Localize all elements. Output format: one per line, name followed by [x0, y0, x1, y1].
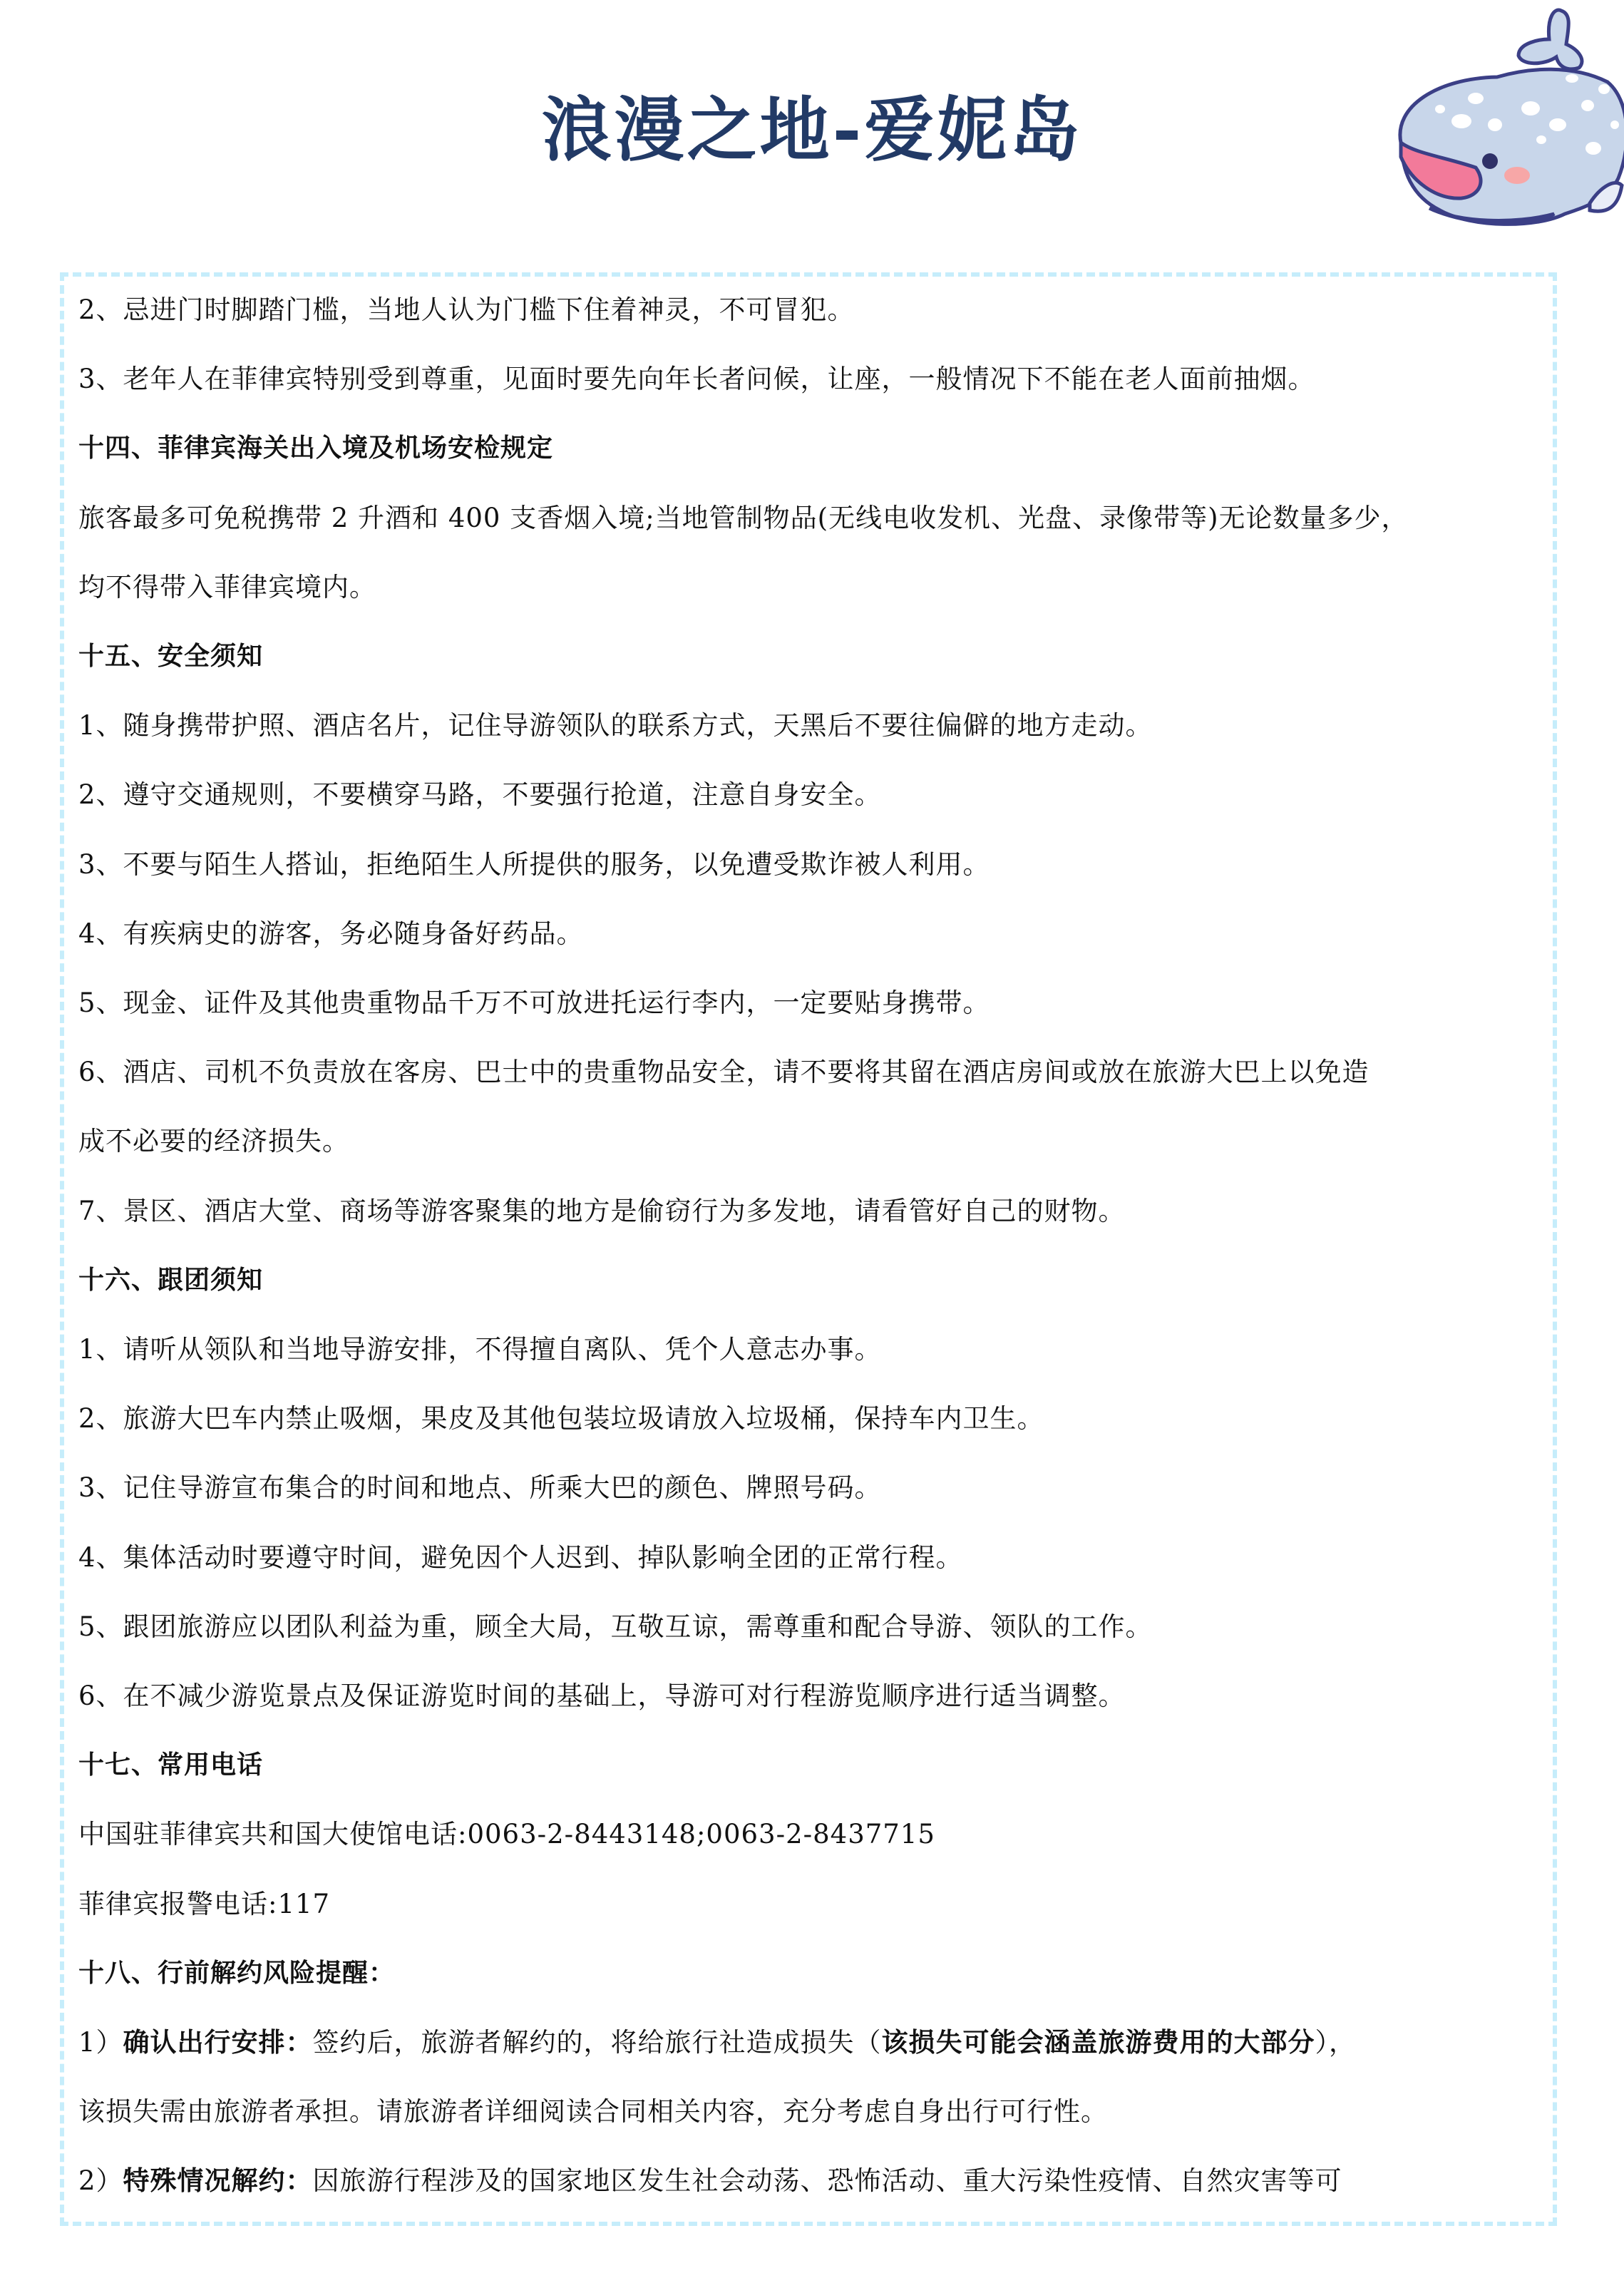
content-frame: [60, 272, 1557, 2226]
text-run: 因旅游行程涉及的国家地区发生社会动荡、恐怖活动、重大污染性疫情、自然灾害等可: [313, 2165, 1342, 2196]
paragraph-line: 6、在不减少游览景点及保证游览时间的基础上，导游可对行程游览顺序进行适当调整。: [78, 1678, 1126, 1714]
section-heading: 十六、跟团须知: [78, 1263, 263, 1298]
bold-phrase: 该损失可能会涵盖旅游费用的大部分: [882, 2027, 1315, 2058]
paragraph-line: 3、不要与陌生人搭讪，拒绝陌生人所提供的服务，以免遭受欺诈被人利用。: [78, 847, 990, 883]
paragraph-line: 1）确认出行安排：签约后，旅游者解约的，将给旅行社造成损失（该损失可能会涵盖旅游…: [78, 2025, 1356, 2061]
section-heading: 十八、行前解约风险提醒：: [78, 1956, 395, 1991]
paragraph-line: 2）特殊情况解约：因旅游行程涉及的国家地区发生社会动荡、恐怖活动、重大污染性疫情…: [78, 2163, 1342, 2199]
section-heading: 十四、菲律宾海关出入境及机场安检规定: [78, 431, 553, 466]
bold-phrase: 确认出行安排：: [123, 2027, 313, 2058]
section-heading: 十七、常用电话: [78, 1748, 263, 1783]
paragraph-line: 中国驻菲律宾共和国大使馆电话:0063-2-8443148;0063-2-843…: [78, 1817, 935, 1852]
paragraph-line: 2、遵守交通规则，不要横穿马路，不要强行抢道，注意自身安全。: [78, 777, 882, 813]
paragraph-line: 2、忌进门时脚踏门槛，当地人认为门槛下住着神灵，不可冒犯。: [78, 292, 855, 328]
paragraph-line: 1、请听从领队和当地导游安排，不得擅自离队、凭个人意志办事。: [78, 1332, 882, 1368]
paragraph-line: 菲律宾报警电话:117: [78, 1887, 330, 1922]
paragraph-line: 4、集体活动时要遵守时间，避免因个人迟到、掉队影响全团的正常行程。: [78, 1540, 963, 1576]
section-heading: 十五、安全须知: [78, 639, 263, 674]
text-run: ），: [1315, 2027, 1357, 2058]
bold-phrase: 特殊情况解约：: [123, 2165, 313, 2196]
paragraph-line: 5、现金、证件及其他贵重物品千万不可放进托运行李内，一定要贴身携带。: [78, 985, 990, 1021]
paragraph-line: 旅客最多可免税携带 2 升酒和 400 支香烟入境;当地管制物品(无线电收发机、…: [78, 501, 1409, 536]
paragraph-line: 3、老年人在菲律宾特别受到尊重，见面时要先向年长者问候，让座，一般情况下不能在老…: [78, 361, 1315, 397]
text-run: 1）: [78, 2027, 123, 2058]
paragraph-line: 6、酒店、司机不负责放在客房、巴士中的贵重物品安全，请不要将其留在酒店房间或放在…: [78, 1055, 1369, 1090]
whale-icon: [1372, 0, 1624, 242]
text-run: 2）: [78, 2165, 123, 2196]
paragraph-line: 该损失需由旅游者承担。请旅游者详细阅读合同相关内容，充分考虑自身出行可行性。: [78, 2094, 1108, 2130]
paragraph-line: 4、有疾病史的游客，务必随身备好药品。: [78, 916, 584, 952]
paragraph-line: 2、旅游大巴车内禁止吸烟，果皮及其他包装垃圾请放入垃圾桶，保持车内卫生。: [78, 1401, 1044, 1437]
paragraph-line: 7、景区、酒店大堂、商场等游客聚集的地方是偷窃行为多发地，请看管好自己的财物。: [78, 1194, 1126, 1229]
text-run: 签约后，旅游者解约的，将给旅行社造成损失（: [313, 2027, 882, 2058]
paragraph-line: 均不得带入菲律宾境内。: [78, 570, 376, 605]
paragraph-line: 1、随身携带护照、酒店名片，记住导游领队的联系方式，天黑后不要往偏僻的地方走动。: [78, 708, 1153, 744]
paragraph-line: 成不必要的经济损失。: [78, 1124, 349, 1159]
paragraph-line: 3、记住导游宣布集合的时间和地点、所乘大巴的颜色、牌照号码。: [78, 1470, 882, 1506]
paragraph-line: 5、跟团旅游应以团队利益为重，顾全大局，互敬互谅，需尊重和配合导游、领队的工作。: [78, 1609, 1153, 1645]
